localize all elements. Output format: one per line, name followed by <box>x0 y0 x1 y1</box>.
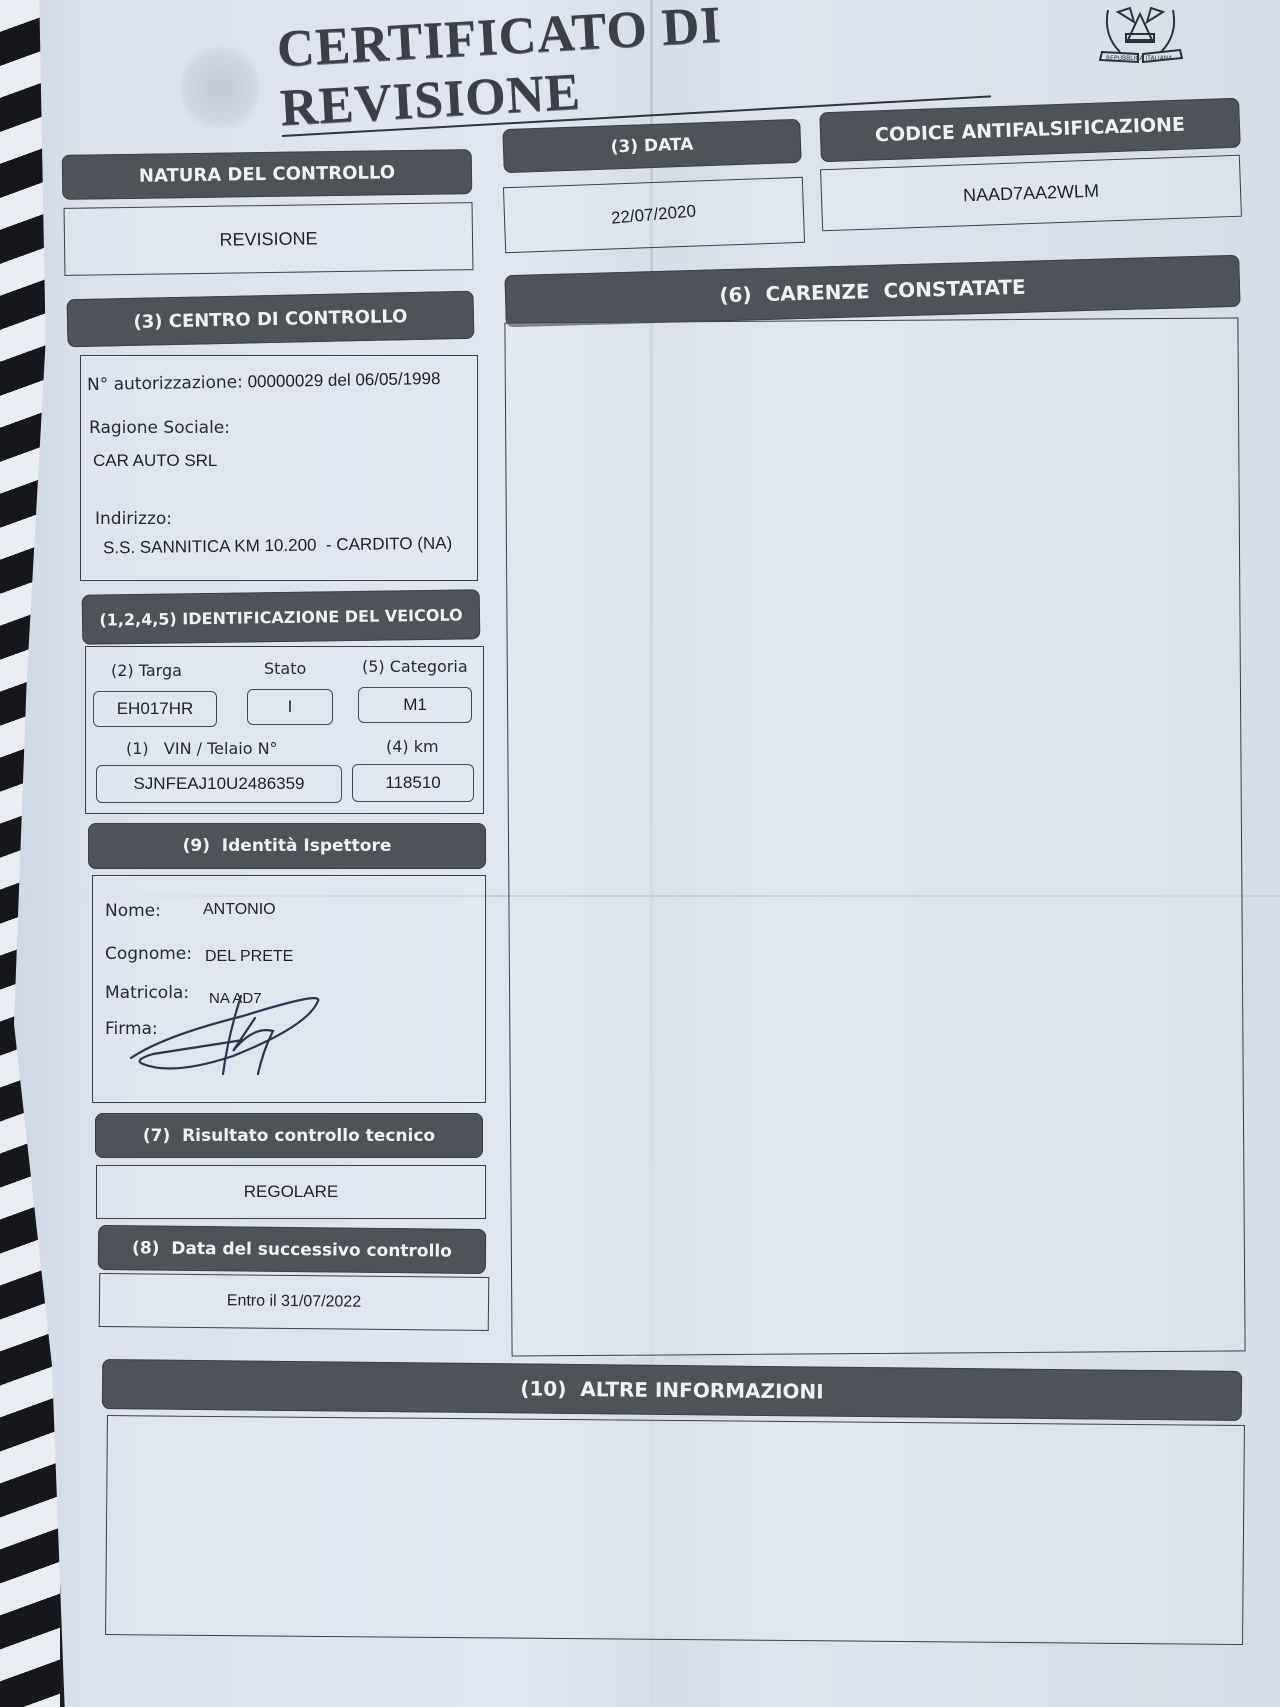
natura-controllo-box: REVISIONE <box>64 202 474 276</box>
risultato-value: REGOLARE <box>244 1182 338 1202</box>
identificazione-veicolo-header-text: (1,2,4,5) IDENTIFICAZIONE DEL VEICOLO <box>99 605 462 629</box>
successivo-header-text: (8) Data del successivo controllo <box>132 1238 452 1261</box>
targa-field: EH017HR <box>93 691 217 727</box>
successivo-box: Entro il 31/07/2022 <box>99 1273 490 1331</box>
natura-controllo-value: REVISIONE <box>219 228 317 250</box>
targa-value: EH017HR <box>117 699 194 719</box>
vin-label: (1) VIN / Telaio N° <box>126 739 278 758</box>
km-label: (4) km <box>386 737 439 756</box>
successivo-header: (8) Data del successivo controllo <box>98 1225 486 1274</box>
vin-field: SJNFEAJ10U2486359 <box>96 765 342 803</box>
identificazione-veicolo-header: (1,2,4,5) IDENTIFICAZIONE DEL VEICOLO <box>82 589 481 645</box>
stamp-smudge <box>180 40 260 135</box>
ispettore-box: Nome: ANTONIO Cognome: DEL PRETE Matrico… <box>92 875 486 1103</box>
signature-icon <box>123 976 323 1086</box>
stato-value: I <box>288 697 293 717</box>
data-value: 22/07/2020 <box>611 201 698 228</box>
data-box: 22/07/2020 <box>503 177 805 253</box>
ragione-sociale-label: Ragione Sociale: <box>89 418 230 438</box>
ragione-sociale-value: CAR AUTO SRL <box>93 451 217 471</box>
centro-controllo-header: (3) CENTRO DI CONTROLLO <box>67 291 475 348</box>
stato-field: I <box>247 689 333 725</box>
indirizzo-label: Indirizzo: <box>95 509 172 529</box>
risultato-box: REGOLARE <box>96 1165 486 1219</box>
categoria-field: M1 <box>358 687 472 723</box>
codice-antifalsificazione-header-text: CODICE ANTIFALSIFICAZIONE <box>875 114 1186 147</box>
centro-controllo-box: N° autorizzazione: 00000029 del 06/05/19… <box>80 355 478 581</box>
repubblica-italiana-emblem-icon: REPUBBLICA ITALIANA <box>1088 0 1193 68</box>
successivo-value: Entro il 31/07/2022 <box>227 1292 362 1311</box>
targa-label: (2) Targa <box>111 661 182 680</box>
ispettore-header-text: (9) Identità Ispettore <box>183 836 392 856</box>
km-value: 118510 <box>385 773 440 793</box>
nome-label: Nome: <box>105 901 161 921</box>
cognome-label: Cognome: <box>105 944 192 964</box>
risultato-header-text: (7) Risultato controllo tecnico <box>143 1126 435 1146</box>
categoria-label: (5) Categoria <box>362 657 468 676</box>
ispettore-header: (9) Identità Ispettore <box>88 823 486 869</box>
nome-value: ANTONIO <box>203 901 276 919</box>
carenze-box <box>504 317 1245 1356</box>
centro-controllo-header-text: (3) CENTRO DI CONTROLLO <box>133 306 407 333</box>
km-field: 118510 <box>352 764 474 802</box>
cognome-value: DEL PRETE <box>205 948 293 966</box>
data-header-text: (3) DATA <box>610 135 693 158</box>
vin-value: SJNFEAJ10U2486359 <box>133 774 304 794</box>
natura-controllo-header-text: NATURA DEL CONTROLLO <box>139 162 395 187</box>
autorizzazione-label: N° autorizzazione: <box>87 372 243 395</box>
altre-informazioni-header-text: (10) ALTRE INFORMAZIONI <box>520 1376 824 1403</box>
svg-text:REPUBBLICA ITALIANA: REPUBBLICA ITALIANA <box>1106 55 1173 62</box>
identificazione-veicolo-box: (2) Targa Stato (5) Categoria EH017HR I … <box>85 646 484 814</box>
codice-antifalsificazione-value: NAAD7AA2WLM <box>963 180 1100 206</box>
autorizzazione-value: 00000029 del 06/05/1998 <box>247 369 440 391</box>
altre-informazioni-box <box>105 1415 1245 1645</box>
natura-controllo-header: NATURA DEL CONTROLLO <box>62 149 473 200</box>
indirizzo-value: S.S. SANNITICA KM 10.200 - CARDITO (NA) <box>103 534 452 559</box>
risultato-header: (7) Risultato controllo tecnico <box>95 1113 483 1158</box>
stato-label: Stato <box>264 659 306 678</box>
categoria-value: M1 <box>403 695 427 715</box>
carenze-header-text: (6) CARENZE CONSTATATE <box>719 275 1026 308</box>
